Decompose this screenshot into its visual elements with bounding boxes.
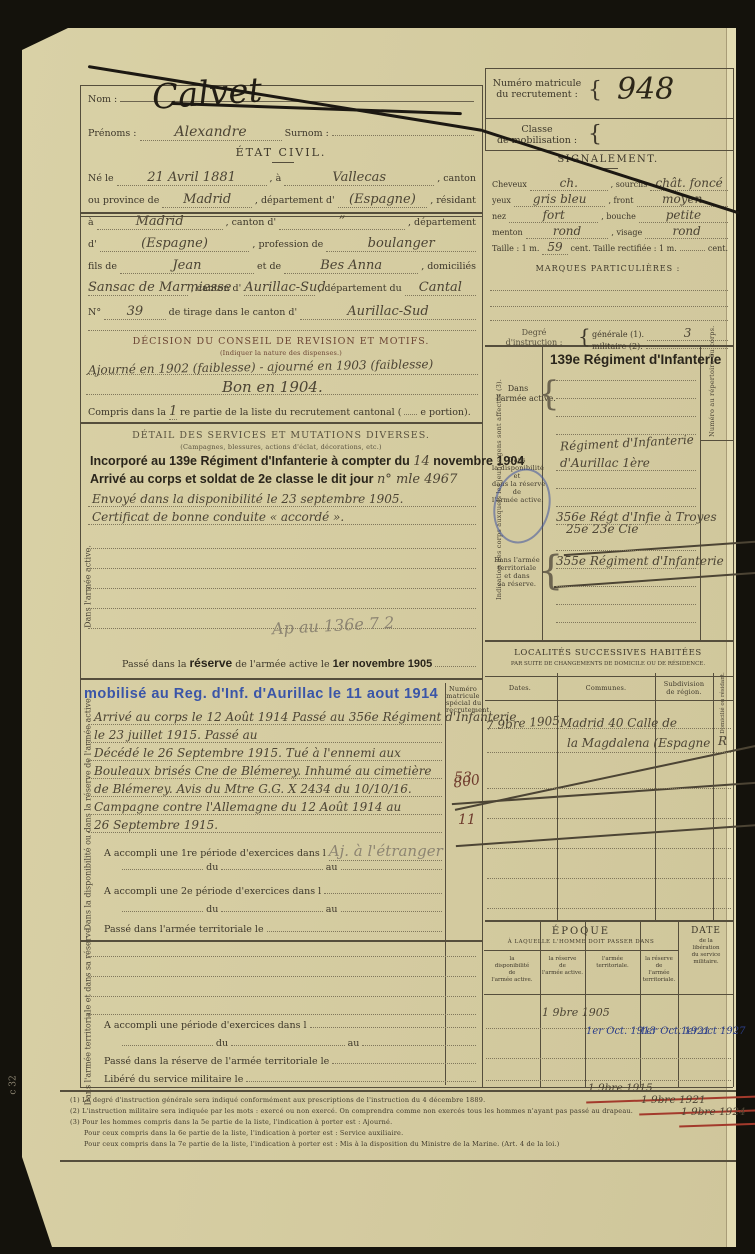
tirage-canton: Aurillac-Sud (300, 304, 476, 320)
epoque-title: ÉPOQUE (484, 926, 678, 937)
corps-terr-brace: { (538, 548, 563, 594)
regiment-header-stamp: 139e Régiment d'Infanterie (550, 352, 721, 367)
taille-value: 59 (542, 240, 567, 255)
pencil-annotation: Ap au 136e 7 2 (272, 613, 395, 638)
decision-title: DÉCISION DU CONSEIL DE REVISION ET MOTIF… (82, 336, 480, 347)
localites-col-communes: Communes. (559, 684, 653, 692)
mobilisation-line: de Blémerey. Avis du Mtre G.G. X 2434 du… (94, 782, 412, 796)
tirage-row: N° 39 de tirage dans le canton d' Aurill… (88, 304, 476, 320)
epoque-value-blue: 1er oct 1927 (681, 1026, 746, 1037)
repertoire-label: Numéro au répertoire du corps. (708, 357, 716, 437)
localites-row-commune: Madrid 40 Calle de (560, 716, 677, 730)
localites-col-side: Domicilié ou résidant. (720, 670, 726, 736)
periode2-label: A accompli une 2e période d'exercices da… (104, 886, 321, 897)
footnote-line: Pour ceux compris dans la 7e partie de l… (84, 1140, 730, 1148)
services-hand-2: Certificat de bonne conduite « accordé »… (92, 510, 344, 524)
special-number-header: Numéro matricule spécial du recrutement. (446, 686, 480, 714)
footnote-line: Pour ceux compris dans la 6e partie de l… (84, 1129, 730, 1137)
services-title: DÉTAIL DES SERVICES ET MUTATIONS DIVERSE… (82, 430, 480, 441)
tirage-number: 39 (104, 304, 166, 320)
territoriale-periode-label: A accompli une période d'exercices dans … (104, 1020, 307, 1031)
mobilisation-line: le 23 juillet 1915. Passé au (94, 728, 258, 742)
matricule-value: 948 (617, 72, 674, 107)
document-page: Nom : Calvet Prénoms : Alexandre Surnom … (22, 28, 736, 1247)
degre-brace: { (578, 324, 591, 348)
localites-row-commune: la Magdalena (Espagne (567, 736, 710, 750)
corps-terr-label: Dans l'arméeterritoriale et danssa réser… (492, 556, 542, 588)
corps-dispo-hand: Régiment d'Infanterie (560, 433, 694, 454)
special-number-value: 11 (458, 812, 755, 828)
ec-value: 21 Avril 1881 (117, 170, 267, 186)
epoque-col1-header: ladisponibilitédel'armée active. (485, 956, 539, 984)
margin-pencil-note: c 32 (9, 1075, 19, 1094)
periode1-label: A accompli une 1re période d'exercices d… (104, 848, 326, 859)
marques-label: MARQUES PARTICULIÈRES : (488, 264, 728, 273)
territoriale-margin-label: Dans l'armée territoriale et dans sa rés… (84, 926, 93, 1106)
nom-label: Nom : (88, 94, 117, 105)
etat-civil-title: ÉTAT CIVIL. (82, 146, 480, 159)
ec-value: Vallecas (284, 170, 434, 186)
corps-active-label: Dansl'armée active. (496, 384, 540, 404)
incorpore-stamp-line1: Incorporé au 139e Régiment d'Infanterie … (90, 454, 524, 469)
compris-row: Compris dans la 1 re partie de la liste … (88, 404, 476, 420)
epoque-value-dispo: 1 9bre 1905 (542, 1006, 610, 1019)
torn-corner-top-left (22, 28, 68, 50)
corps-dispo-hand: d'Aurillac 1ère (560, 456, 650, 470)
corps-dispo-hand: 356e Régt d'Infie à Troyes (556, 510, 717, 524)
signalement-title: SIGNALEMENT. (488, 154, 728, 165)
mobilisation-margin-label: Dans la disponibilité ou dans la réserve… (84, 701, 93, 931)
epoque-col2-header: la réservedel'armée active. (541, 956, 584, 977)
degre-label: Degréd'instruction : (494, 328, 574, 348)
matricule-brace: { (588, 78, 602, 103)
services-subtitle: (Campagnes, blessures, actions d'éclat, … (82, 443, 480, 451)
surnom-label: Surnom : (285, 128, 329, 139)
mobilisation-line: Décédé le 26 Septembre 1915. Tué à l'enn… (94, 746, 401, 760)
mobilisation-stamp: mobilisé au Reg. d'Inf. d'Aurillac le 11… (84, 686, 438, 702)
mobilisation-line: Bouleaux brisés Cne de Blémerey. Inhumé … (94, 764, 432, 778)
special-number-value: 53 (454, 770, 755, 786)
passe-territoriale-label: Passé dans l'armée territoriale le (104, 924, 264, 935)
services-hand-1: Envoyé dans la disponibilité le 23 septe… (92, 492, 403, 506)
incorpore-stamp-line2: Arrivé au corps et soldat de 2e classe l… (90, 472, 457, 487)
periode1-hand: Aj. à l'étranger (329, 842, 442, 861)
footnote-line: (1) Le degré d'instruction générale sera… (70, 1096, 730, 1104)
localites-col-dates: Dates. (485, 684, 555, 692)
epoque-date-title: DATE (680, 926, 732, 936)
mobilisation-line: Campagne contre l'Allemagne du 12 Août 1… (94, 800, 401, 814)
classe-label: Classede mobilisation : (492, 124, 582, 146)
mobilisation-line: 26 Septembre 1915. (94, 818, 218, 832)
epoque-col3-header: l'arméeterritoriale. (586, 956, 639, 970)
torn-corner-bottom-left (22, 1157, 52, 1247)
prenoms-value: Alexandre (140, 124, 282, 141)
footnote-line: (2) L'instruction militaire sera indiqué… (70, 1107, 730, 1115)
localites-col-subdivision: Subdivisionde région. (657, 680, 711, 696)
classe-brace: { (588, 122, 602, 147)
localites-subtitle: PAR SUITE DE CHANGEMENTS DE DOMICILE OU … (488, 661, 728, 667)
localites-title: LOCALITÉS SUCCESSIVES HABITÉES (488, 648, 728, 658)
decision-subtitle: (Indiquer la nature des dispenses.) (82, 349, 480, 357)
epoque-subtitle: À LAQUELLE L'HOMME DOIT PASSER DANS (484, 939, 678, 945)
epoque-col4-header: la réservedel'arméeterritoriale. (641, 956, 677, 984)
matricule-label: Numéro matriculedu recrutement : (492, 78, 582, 100)
footnote-line: (3) Pour les hommes compris dans la 5e p… (70, 1118, 730, 1126)
libere-label: Libéré du service militaire le (104, 1074, 243, 1085)
epoque-date-subtitle: de lalibération du servicemilitaire. (680, 938, 732, 966)
passe-reserve-row: Passé dans la réserve de l'armée active … (122, 656, 476, 670)
ec-label: Né le (88, 173, 114, 184)
passe-reserve-territoriale-label: Passé dans la réserve de l'armée territo… (104, 1056, 329, 1067)
prenoms-label: Prénoms : (88, 128, 137, 139)
localites-row-side: R (718, 734, 727, 748)
corps-dispo-hand-struck: 355e Régiment d'Infanterie (556, 554, 755, 568)
prenoms-row: Prénoms : Alexandre Surnom : (88, 124, 474, 141)
